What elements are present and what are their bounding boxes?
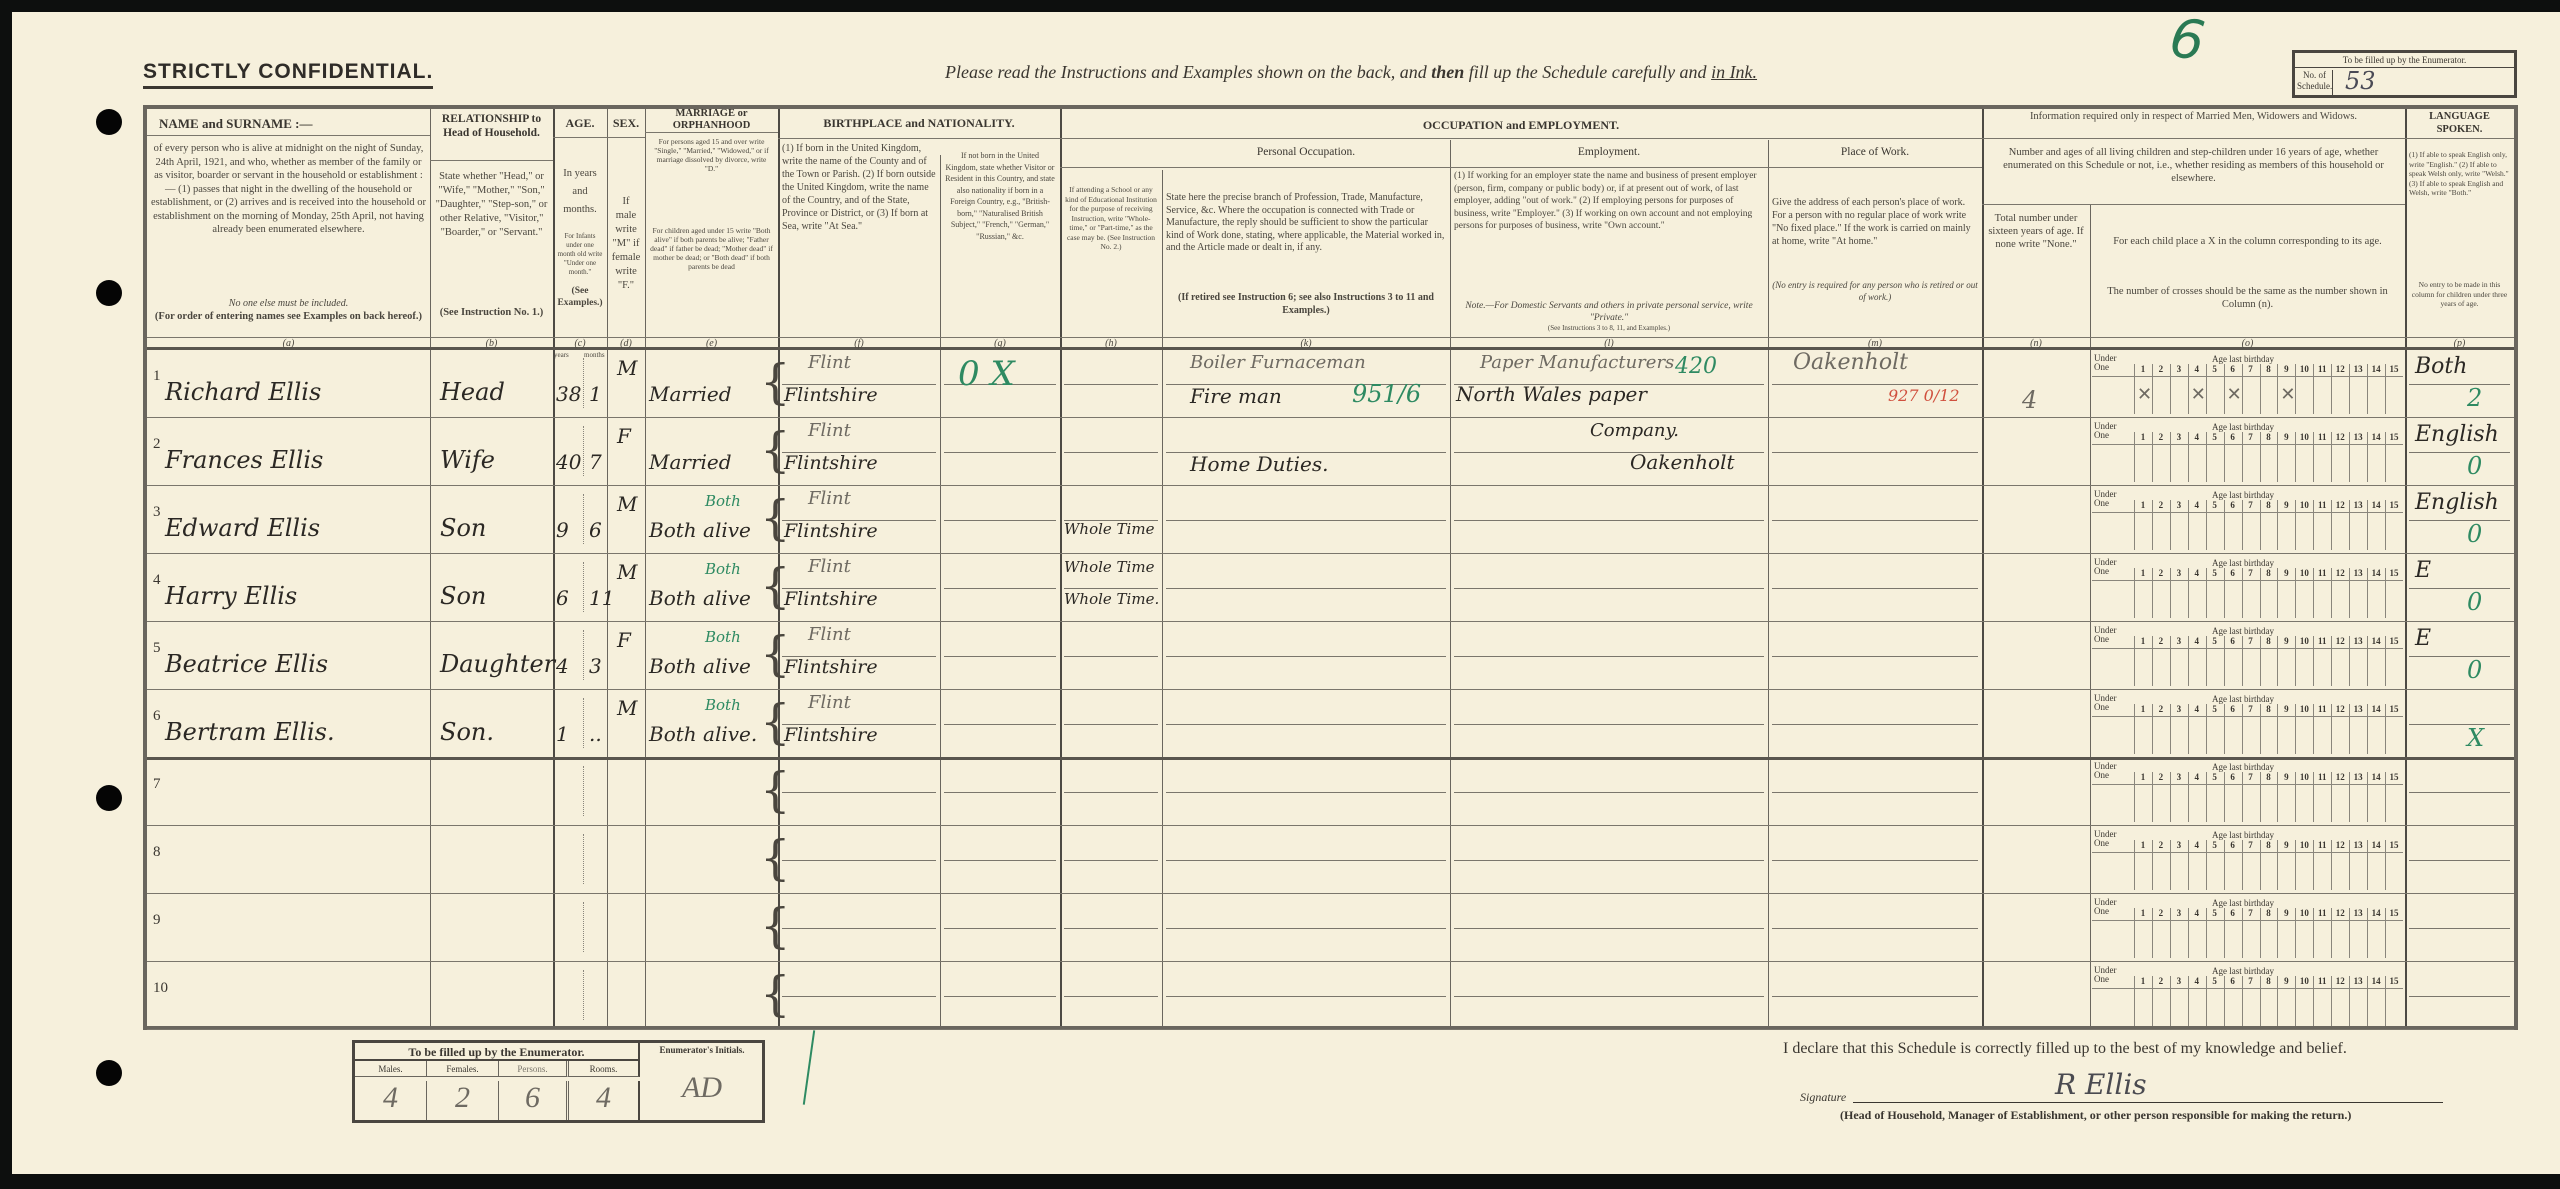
age-years-label: years [554, 351, 569, 359]
row-rule [1772, 928, 1978, 929]
instructions-language-note: No entry to be made in this column for c… [2409, 280, 2510, 309]
instructions-text: Please read the Instructions and Example… [945, 62, 1427, 82]
age-number: 11 [2313, 976, 2331, 986]
age-number: 13 [2349, 568, 2367, 578]
instructions-text-2: fill up the Schedule carefully and [1469, 62, 1707, 82]
row-number: 1 [153, 368, 161, 385]
birth-county-value: Flintshire [784, 588, 878, 610]
children-age-grid: Under OneAge last birthday12345678910111… [2092, 966, 2403, 1026]
row-rule [147, 961, 2514, 962]
age-number: 4 [2188, 840, 2206, 850]
row-rule [1064, 860, 1158, 861]
age-number: 5 [2206, 840, 2224, 850]
instructions-employment-note: Note.—For Domestic Servants and others i… [1454, 300, 1764, 324]
age-number: 6 [2224, 568, 2242, 578]
column-rule [430, 109, 431, 1026]
age-number: 13 [2349, 636, 2367, 646]
row-rule [1166, 860, 1446, 861]
age-number: 5 [2206, 772, 2224, 782]
birth-town-value: Flint [808, 488, 851, 509]
language-value: English [2415, 490, 2499, 515]
age-last-birthday-label: Age last birthday [2212, 898, 2274, 908]
males-count: 4 [355, 1081, 427, 1120]
instructions-ink: in Ink. [1711, 62, 1757, 82]
header-occupation: OCCUPATION and EMPLOYMENT. [1060, 118, 1982, 133]
language-value: E [2415, 626, 2431, 651]
child-age-cross-icon: ✕ [2280, 384, 2295, 405]
employer-value: North Wales paper [1456, 382, 1647, 406]
row-rule [944, 452, 1056, 453]
age-number: 8 [2260, 908, 2278, 918]
instructions-relationship: State whether "Head," or "Wife," "Mother… [434, 170, 549, 240]
instructions-sex: If male write "M" if female write "F." [611, 195, 641, 293]
age-grid-rule [2092, 716, 2403, 717]
age-number: 5 [2206, 636, 2224, 646]
age-number: 4 [2188, 432, 2206, 442]
age-months-value: 3 [589, 654, 602, 678]
age-number: 12 [2331, 500, 2349, 510]
age-number: 14 [2367, 432, 2385, 442]
under-one-label: Under One [2094, 898, 2130, 916]
age-number: 2 [2152, 908, 2170, 918]
age-number: 14 [2367, 364, 2385, 374]
relationship-value: Son [440, 514, 486, 542]
row-number: 2 [153, 436, 161, 453]
row-rule [1982, 138, 2405, 139]
row-rule [1454, 928, 1764, 929]
row-number: 3 [153, 504, 161, 521]
age-number: 7 [2242, 976, 2260, 986]
column-rule [607, 109, 608, 1026]
punch-hole-icon [96, 1060, 122, 1086]
instructions-children-crosses: For each child place a X in the column c… [2094, 235, 2401, 248]
birth-town-value: Flint [808, 692, 851, 713]
age-number: 4 [2188, 568, 2206, 578]
row-rule [147, 417, 2514, 418]
signature-note: (Head of Household, Manager of Establish… [1840, 1108, 2351, 1123]
schedule-box-label: No. of Schedule. [2297, 70, 2333, 96]
header-relationship: RELATIONSHIP to Head of Household. [430, 112, 553, 140]
schedule-number-box: To be filled up by the Enumerator. No. o… [2292, 50, 2517, 98]
age-number: 2 [2152, 976, 2170, 986]
occupation-value: Fire man [1190, 384, 1282, 408]
age-years-value: 38 [556, 382, 581, 406]
instructions-age-infants: For Infants under one month old write "U… [557, 232, 603, 277]
age-number: 1 [2134, 364, 2152, 374]
sex-value: F [617, 628, 631, 652]
row-rule [1064, 996, 1158, 997]
age-number: 3 [2170, 840, 2188, 850]
age-number: 1 [2134, 568, 2152, 578]
age-grid-rule [2092, 376, 2403, 377]
under-one-label: Under One [2094, 422, 2130, 440]
children-age-grid: Under OneAge last birthday12345678910111… [2092, 762, 2403, 822]
age-number: 15 [2385, 636, 2403, 646]
row-rule [944, 656, 1056, 657]
row-rule [147, 485, 2514, 486]
instructions-nationality: If not born in the United Kingdom, state… [944, 150, 1056, 242]
school-value: Whole Time [1064, 520, 1154, 538]
instructions-age-examples: (See Examples.) [557, 285, 603, 309]
age-grid-rule [2092, 444, 2403, 445]
instructions-marriage: For persons aged 15 and over write "Sing… [649, 137, 774, 173]
row-rule [778, 138, 1060, 139]
row-rule [782, 928, 936, 929]
enumerator-initials: AD [642, 1071, 762, 1105]
language-code: 0 [2467, 588, 2482, 616]
age-number: 15 [2385, 432, 2403, 442]
age-number: 3 [2170, 364, 2188, 374]
age-number: 7 [2242, 908, 2260, 918]
birth-county-value: Flintshire [784, 520, 878, 542]
age-number: 12 [2331, 908, 2349, 918]
age-number: 9 [2277, 704, 2295, 714]
marriage-code: Both [705, 696, 741, 714]
under-one-label: Under One [2094, 354, 2130, 372]
person-name: Edward Ellis [165, 514, 320, 542]
instructions-children-count-note: The number of crosses should be the same… [2094, 285, 2401, 311]
row-number: 4 [153, 572, 161, 589]
row-rule [1772, 520, 1978, 521]
birth-town-value: Flint [808, 624, 851, 645]
row-rule [147, 621, 2514, 622]
row-rule [782, 996, 936, 997]
age-number: 10 [2295, 840, 2313, 850]
age-divider [583, 630, 584, 680]
age-grid-rule [2092, 784, 2403, 785]
age-number: 10 [2295, 432, 2313, 442]
marriage-value: Both alive [649, 518, 751, 542]
row-rule [1454, 588, 1764, 589]
sex-value: F [617, 424, 631, 448]
age-grid-rule [2092, 648, 2403, 649]
row-rule [1454, 656, 1764, 657]
age-grid-rule [2092, 920, 2403, 921]
children-age-grid: Under OneAge last birthday12345678910111… [2092, 558, 2403, 618]
age-number: 7 [2242, 704, 2260, 714]
rooms-count: 4 [569, 1081, 640, 1120]
column-letter-b: (b) [430, 338, 553, 349]
language-code: 0 [2467, 656, 2482, 684]
person-name: Bertram Ellis. [165, 718, 335, 746]
row-rule [147, 553, 2514, 554]
row-number: 10 [153, 980, 168, 997]
age-number: 4 [2188, 704, 2206, 714]
instructions-school: If attending a School or any kind of Edu… [1064, 185, 1158, 252]
age-months-value: 7 [589, 450, 602, 474]
marriage-value: Married [649, 450, 732, 474]
column-letter-p: (p) [2405, 338, 2514, 349]
row-rule [1772, 996, 1978, 997]
age-number: 6 [2224, 364, 2242, 374]
instructions-orphanhood: For children aged under 15 write "Both a… [649, 226, 774, 271]
instructions-name-note: No one else must be included. [151, 298, 426, 310]
children-age-grid: Under OneAge last birthday12345678910111… [2092, 898, 2403, 958]
females-count: 2 [427, 1081, 499, 1120]
occupation-value: Home Duties. [1190, 452, 1328, 476]
row-rule [1064, 452, 1158, 453]
age-last-birthday-label: Age last birthday [2212, 354, 2274, 364]
row-rule [1772, 452, 1978, 453]
brace-icon: { [760, 970, 791, 1018]
age-number: 10 [2295, 364, 2313, 374]
age-last-birthday-label: Age last birthday [2212, 490, 2274, 500]
age-number: 2 [2152, 704, 2170, 714]
row-rule [782, 792, 936, 793]
relationship-value: Wife [440, 446, 495, 474]
children-age-grid: Under OneAge last birthday12345678910111… [2092, 354, 2403, 414]
age-last-birthday-label: Age last birthday [2212, 422, 2274, 432]
birth-county-value: Flintshire [784, 452, 878, 474]
age-number: 1 [2134, 500, 2152, 510]
header-language: LANGUAGE SPOKEN. [2405, 110, 2514, 136]
age-number: 9 [2277, 432, 2295, 442]
age-number: 9 [2277, 500, 2295, 510]
age-number: 9 [2277, 364, 2295, 374]
row-rule [645, 132, 778, 133]
age-number: 13 [2349, 364, 2367, 374]
age-number: 8 [2260, 432, 2278, 442]
age-number: 9 [2277, 636, 2295, 646]
age-number: 6 [2224, 908, 2242, 918]
row-rule [1982, 204, 2405, 205]
age-number: 10 [2295, 500, 2313, 510]
brace-icon: { [760, 766, 791, 814]
marriage-value: Both alive [649, 654, 751, 678]
age-number: 1 [2134, 976, 2152, 986]
age-number: 6 [2224, 636, 2242, 646]
column-letter-g: (g) [940, 338, 1060, 349]
instructions-personal-occupation-note: (If retired see Instruction 6; see also … [1166, 292, 1446, 317]
row-rule [147, 689, 2514, 690]
age-number: 11 [2313, 908, 2331, 918]
child-age-cross-icon: ✕ [2227, 384, 2242, 405]
marriage-value: Both alive [649, 586, 751, 610]
birth-county-value: Flintshire [784, 724, 878, 746]
row-rule [1064, 588, 1158, 589]
children-age-grid: Under OneAge last birthday12345678910111… [2092, 694, 2403, 754]
age-number: 3 [2170, 976, 2188, 986]
age-number: 13 [2349, 772, 2367, 782]
row-rule [1454, 520, 1764, 521]
row-rule [147, 757, 2514, 760]
age-number: 6 [2224, 976, 2242, 986]
age-number: 1 [2134, 432, 2152, 442]
row-rule [944, 724, 1056, 725]
school-value: Whole Time [1064, 558, 1154, 576]
children-age-grid: Under OneAge last birthday12345678910111… [2092, 422, 2403, 482]
row-number: 7 [153, 776, 161, 793]
age-number: 13 [2349, 840, 2367, 850]
age-number: 9 [2277, 840, 2295, 850]
row-number: 8 [153, 844, 161, 861]
language-value: E [2415, 558, 2431, 583]
instructions-name-order: (For order of entering names see Example… [151, 311, 426, 323]
age-divider [583, 902, 584, 952]
age-years-value: 9 [556, 518, 569, 542]
instructions-language: (1) If able to speak English only, write… [2409, 150, 2510, 198]
place-of-work-code: 927 0/12 [1888, 386, 1960, 405]
age-number: 8 [2260, 568, 2278, 578]
marriage-value: Married [649, 382, 732, 406]
brace-icon: { [760, 834, 791, 882]
under-one-label: Under One [2094, 966, 2130, 984]
age-number: 4 [2188, 772, 2206, 782]
row-rule [2409, 656, 2510, 657]
age-divider [583, 562, 584, 612]
row-rule [147, 825, 2514, 826]
age-number: 9 [2277, 772, 2295, 782]
signature-line [1853, 1102, 2443, 1103]
person-name: Harry Ellis [165, 582, 297, 610]
age-divider [583, 698, 584, 748]
school-value: Whole Time. [1064, 590, 1159, 608]
age-number: 14 [2367, 704, 2385, 714]
children-age-grid: Under OneAge last birthday12345678910111… [2092, 626, 2403, 686]
age-number: 8 [2260, 500, 2278, 510]
age-number: 15 [2385, 568, 2403, 578]
row-rule [782, 860, 936, 861]
language-code: 2 [2467, 384, 2482, 412]
age-number: 5 [2206, 364, 2224, 374]
row-rule [944, 792, 1056, 793]
row-rule [2409, 384, 2510, 385]
column-letter-h: (h) [1060, 338, 1162, 349]
age-last-birthday-label: Age last birthday [2212, 558, 2274, 568]
instructions-place-of-work: Give the address of each person's place … [1772, 196, 1978, 248]
age-number: 7 [2242, 364, 2260, 374]
column-rule [553, 109, 555, 1026]
under-one-label: Under One [2094, 830, 2130, 848]
age-number: 5 [2206, 500, 2224, 510]
row-rule [2409, 996, 2510, 997]
row-rule [1454, 724, 1764, 725]
females-label: Females. [427, 1061, 499, 1077]
place-of-work-value: Oakenholt [1793, 350, 1908, 375]
age-number: 13 [2349, 976, 2367, 986]
row-rule [2409, 792, 2510, 793]
age-last-birthday-label: Age last birthday [2212, 966, 2274, 976]
column-letter-o: (o) [2090, 338, 2405, 349]
instructions-employment-see: (See Instructions 3 to 8, 11, and Exampl… [1454, 324, 1764, 333]
age-number: 12 [2331, 568, 2349, 578]
row-rule [1772, 384, 1978, 385]
age-divider [583, 358, 584, 408]
birth-county-value: Flintshire [784, 656, 878, 678]
age-number: 2 [2152, 568, 2170, 578]
age-months-label: months [584, 351, 605, 359]
marriage-code: Both [705, 628, 741, 646]
age-months-value: 6 [589, 518, 602, 542]
age-number: 10 [2295, 976, 2313, 986]
age-number: 8 [2260, 364, 2278, 374]
age-number: 12 [2331, 636, 2349, 646]
age-number: 15 [2385, 704, 2403, 714]
employer-value: Paper Manufacturers [1480, 352, 1674, 373]
row-rule [1454, 996, 1764, 997]
column-letter-l: (l) [1450, 338, 1768, 349]
header-name-surname: NAME and SURNAME :— [147, 116, 430, 132]
age-number: 9 [2277, 568, 2295, 578]
column-rule [1060, 109, 1062, 1026]
age-number: 2 [2152, 772, 2170, 782]
age-number: 9 [2277, 976, 2295, 986]
row-rule [147, 135, 430, 136]
age-number: 3 [2170, 704, 2188, 714]
age-years-value: 1 [556, 722, 569, 746]
age-number: 10 [2295, 636, 2313, 646]
age-number: 11 [2313, 500, 2331, 510]
header-married-info: Information required only in respect of … [1986, 110, 2401, 123]
age-number: 14 [2367, 772, 2385, 782]
column-rule [2090, 205, 2091, 1026]
age-number: 4 [2188, 364, 2206, 374]
children-age-grid: Under OneAge last birthday12345678910111… [2092, 830, 2403, 890]
age-divider [583, 494, 584, 544]
language-code: 0 [2467, 452, 2482, 480]
occupation-code: 951/6 [1352, 380, 1421, 408]
age-number: 7 [2242, 568, 2260, 578]
age-number: 2 [2152, 432, 2170, 442]
age-months-value: 11 [589, 586, 614, 610]
birth-town-value: Flint [808, 352, 851, 373]
row-rule [1454, 860, 1764, 861]
age-number: 13 [2349, 704, 2367, 714]
under-one-label: Under One [2094, 694, 2130, 712]
row-rule [430, 160, 553, 161]
punch-hole-icon [96, 109, 122, 135]
person-name: Frances Ellis [165, 446, 323, 474]
instructions-then: then [1431, 62, 1464, 82]
punch-hole-icon [96, 280, 122, 306]
age-number: 12 [2331, 840, 2349, 850]
child-age-cross-icon: ✕ [2191, 384, 2206, 405]
age-number: 3 [2170, 636, 2188, 646]
row-rule [944, 588, 1056, 589]
males-label: Males. [355, 1061, 427, 1077]
child-age-cross-icon: ✕ [2137, 384, 2152, 405]
brace-icon: { [760, 902, 791, 950]
age-number: 6 [2224, 772, 2242, 782]
age-number: 12 [2331, 364, 2349, 374]
age-number: 11 [2313, 568, 2331, 578]
row-rule [1166, 656, 1446, 657]
sex-value: M [617, 560, 637, 584]
age-years-value: 6 [556, 586, 569, 610]
children-total-value: 4 [2022, 386, 2037, 414]
under-one-label: Under One [2094, 626, 2130, 644]
age-number: 6 [2224, 500, 2242, 510]
header-sex: SEX. [607, 116, 645, 131]
row-rule [1166, 792, 1446, 793]
column-letter-d: (d) [607, 338, 645, 349]
age-number: 2 [2152, 500, 2170, 510]
row-rule [2409, 520, 2510, 521]
employer-value: Company. [1590, 420, 1679, 441]
document-title: STRICTLY CONFIDENTIAL. [143, 60, 433, 89]
age-number: 7 [2242, 772, 2260, 782]
relationship-value: Head [440, 378, 505, 406]
age-last-birthday-label: Age last birthday [2212, 830, 2274, 840]
age-number: 12 [2331, 704, 2349, 714]
birth-county-value: Flintshire [784, 384, 878, 406]
language-value: Both [2415, 354, 2467, 379]
enumerator-box-header: To be filled up by the Enumerator. [355, 1043, 640, 1061]
instructions-relationship-note: (See Instruction No. 1.) [434, 306, 549, 319]
age-number: 8 [2260, 976, 2278, 986]
row-rule [1772, 792, 1978, 793]
age-number: 6 [2224, 704, 2242, 714]
